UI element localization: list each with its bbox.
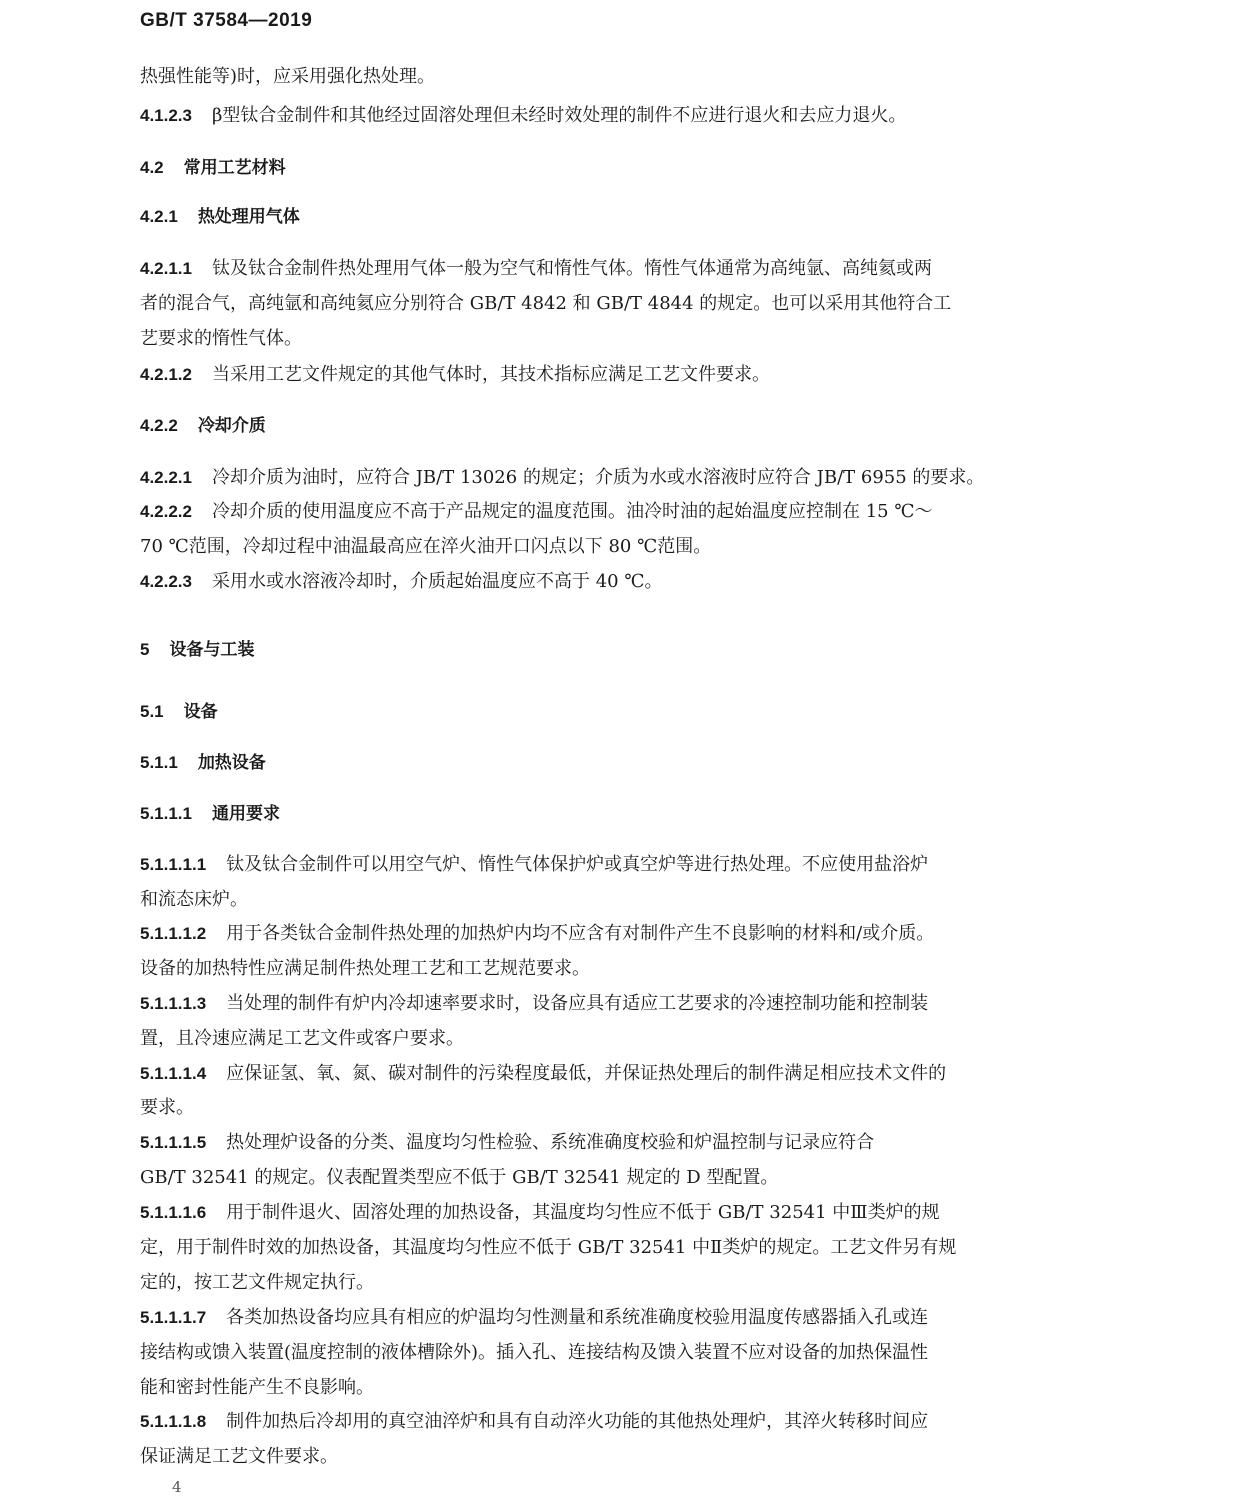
paragraph-line: 4.2.2.2冷却介质的使用温度应不高于产品规定的温度范围。油冷时油的起始温度应… <box>140 500 932 524</box>
page-number: 4 <box>172 1478 182 1496</box>
section-heading: 4.2.2冷却介质 <box>140 414 266 438</box>
clause-number: 5 <box>140 638 149 662</box>
clause-number: 5.1.1.1.6 <box>140 1201 206 1225</box>
paragraph-line: 定，用于制件时效的加热设备，其温度均匀性应不低于 GB/T 32541 中Ⅱ类炉… <box>140 1236 956 1260</box>
section-heading: 4.2.1热处理用气体 <box>140 205 300 229</box>
heading-text: 常用工艺材料 <box>184 158 286 178</box>
clause-text: 钛及钛合金制件热处理用气体一般为空气和惰性气体。惰性气体通常为高纯氩、高纯氦或两 <box>212 258 932 279</box>
clause-text: 各类加热设备均应具有相应的炉温均匀性测量和系统准确度校验用温度传感器插入孔或连 <box>226 1307 928 1328</box>
paragraph-line: 要求。 <box>140 1096 194 1120</box>
heading-text: 冷却介质 <box>198 416 266 436</box>
clause-text: 接结构或馈入装置(温度控制的液体槽除外)。插入孔、连接结构及馈入装置不应对设备的… <box>140 1342 928 1363</box>
clause-number: 4.2 <box>140 156 164 180</box>
paragraph-line: 保证满足工艺文件要求。 <box>140 1445 338 1469</box>
clause-text: 和流态床炉。 <box>140 889 248 910</box>
clause-text: 者的混合气，高纯氩和高纯氦应分别符合 GB/T 4842 和 GB/T 4844… <box>140 293 951 314</box>
paragraph-line: 5.1.1.1.8制件加热后冷却用的真空油淬炉和具有自动淬火功能的其他热处理炉，… <box>140 1410 928 1434</box>
clause-number: 4.2.1.2 <box>140 363 192 387</box>
paragraph-line: 设备的加热特性应满足制件热处理工艺和工艺规范要求。 <box>140 957 590 981</box>
clause-text: GB/T 32541 的规定。仪表配置类型应不低于 GB/T 32541 规定的… <box>140 1167 778 1188</box>
clause-text: 当处理的制件有炉内冷却速率要求时，设备应具有适应工艺要求的冷速控制功能和控制装 <box>226 993 928 1014</box>
clause-text: 当采用工艺文件规定的其他气体时，其技术指标应满足工艺文件要求。 <box>212 364 770 385</box>
paragraph-line: 热强性能等)时，应采用强化热处理。 <box>140 65 435 89</box>
section-heading: 4.2常用工艺材料 <box>140 156 286 180</box>
clause-number: 5.1.1.1.4 <box>140 1062 206 1086</box>
clause-number: 5.1.1.1.5 <box>140 1131 206 1155</box>
clause-text: 采用水或水溶液冷却时，介质起始温度应不高于 40 ℃。 <box>212 571 662 592</box>
clause-number: 5.1.1.1.8 <box>140 1410 206 1434</box>
paragraph-line: 接结构或馈入装置(温度控制的液体槽除外)。插入孔、连接结构及馈入装置不应对设备的… <box>140 1341 928 1365</box>
heading-text: 通用要求 <box>212 804 280 824</box>
clause-text: 钛及钛合金制件可以用空气炉、惰性气体保护炉或真空炉等进行热处理。不应使用盐浴炉 <box>226 854 928 875</box>
clause-number: 5.1.1.1.3 <box>140 992 206 1016</box>
clause-text: 冷却介质为油时，应符合 JB/T 13026 的规定；介质为水或水溶液时应符合 … <box>212 467 984 488</box>
paragraph-line: 5.1.1.1.3当处理的制件有炉内冷却速率要求时，设备应具有适应工艺要求的冷速… <box>140 992 928 1016</box>
paragraph-line: 5.1.1.1.6用于制件退火、固溶处理的加热设备，其温度均匀性应不低于 GB/… <box>140 1201 940 1225</box>
clause-number: 5.1.1.1.7 <box>140 1306 206 1330</box>
paragraph-line: 者的混合气，高纯氩和高纯氦应分别符合 GB/T 4842 和 GB/T 4844… <box>140 292 951 316</box>
paragraph-line: 5.1.1.1.4应保证氢、氧、氮、碳对制件的污染程度最低，并保证热处理后的制件… <box>140 1062 946 1086</box>
paragraph-line: 5.1.1.1.7各类加热设备均应具有相应的炉温均匀性测量和系统准确度校验用温度… <box>140 1306 928 1330</box>
clause-text: 要求。 <box>140 1097 194 1118</box>
clause-text: 设备的加热特性应满足制件热处理工艺和工艺规范要求。 <box>140 958 590 979</box>
clause-number: 4.1.2.3 <box>140 104 192 128</box>
clause-number: 4.2.2.3 <box>140 570 192 594</box>
paragraph-line: 能和密封性能产生不良影响。 <box>140 1376 374 1400</box>
paragraph-line: GB/T 32541 的规定。仪表配置类型应不低于 GB/T 32541 规定的… <box>140 1166 778 1190</box>
clause-number: 5.1.1 <box>140 751 178 775</box>
paragraph-line: 5.1.1.1.5热处理炉设备的分类、温度均匀性检验、系统准确度校验和炉温控制与… <box>140 1131 874 1155</box>
clause-number: 4.2.1 <box>140 205 178 229</box>
clause-text: 用于制件退火、固溶处理的加热设备，其温度均匀性应不低于 GB/T 32541 中… <box>226 1202 939 1223</box>
clause-text: 定的，按工艺文件规定执行。 <box>140 1272 374 1293</box>
clause-number: 4.2.2.2 <box>140 500 192 524</box>
heading-text: 加热设备 <box>198 753 266 773</box>
paragraph-line: 70 ℃范围，冷却过程中油温最高应在淬火油开口闪点以下 80 ℃范围。 <box>140 535 711 559</box>
clause-number: 4.2.1.1 <box>140 257 192 281</box>
clause-number: 4.2.2 <box>140 414 178 438</box>
paragraph-line: 和流态床炉。 <box>140 888 248 912</box>
clause-text: 70 ℃范围，冷却过程中油温最高应在淬火油开口闪点以下 80 ℃范围。 <box>140 536 711 557</box>
standard-number-header: GB/T 37584—2019 <box>140 10 312 32</box>
paragraph-line: 4.2.2.3采用水或水溶液冷却时，介质起始温度应不高于 40 ℃。 <box>140 570 662 594</box>
paragraph-line: 置，且冷速应满足工艺文件或客户要求。 <box>140 1027 464 1051</box>
heading-text: 设备与工装 <box>169 640 254 660</box>
section-heading: 5.1.1加热设备 <box>140 751 266 775</box>
clause-text: 定，用于制件时效的加热设备，其温度均匀性应不低于 GB/T 32541 中Ⅱ类炉… <box>140 1237 956 1258</box>
clause-text: 置，且冷速应满足工艺文件或客户要求。 <box>140 1028 464 1049</box>
paragraph-line: 5.1.1.1.2用于各类钛合金制件热处理的加热炉内均不应含有对制件产生不良影响… <box>140 922 934 946</box>
paragraph-line: 定的，按工艺文件规定执行。 <box>140 1271 374 1295</box>
section-heading: 5.1设备 <box>140 700 218 724</box>
clause-text: 冷却介质的使用温度应不高于产品规定的温度范围。油冷时油的起始温度应控制在 15 … <box>212 501 932 522</box>
clause-number: 4.2.2.1 <box>140 466 192 490</box>
clause-text: 用于各类钛合金制件热处理的加热炉内均不应含有对制件产生不良影响的材料和/或介质。 <box>226 923 934 944</box>
section-heading: 5设备与工装 <box>140 638 254 662</box>
paragraph-line: 4.1.2.3β型钛合金制件和其他经过固溶处理但未经时效处理的制件不应进行退火和… <box>140 104 906 128</box>
clause-number: 5.1 <box>140 700 164 724</box>
clause-text: 能和密封性能产生不良影响。 <box>140 1377 374 1398</box>
clause-number: 5.1.1.1.2 <box>140 922 206 946</box>
clause-number: 5.1.1.1.1 <box>140 853 206 877</box>
clause-number: 5.1.1.1 <box>140 802 192 826</box>
clause-text: 应保证氢、氧、氮、碳对制件的污染程度最低，并保证热处理后的制件满足相应技术文件的 <box>226 1063 946 1084</box>
clause-text: 热强性能等)时，应采用强化热处理。 <box>140 66 435 87</box>
clause-text: 热处理炉设备的分类、温度均匀性检验、系统准确度校验和炉温控制与记录应符合 <box>226 1132 874 1153</box>
paragraph-line: 4.2.1.1钛及钛合金制件热处理用气体一般为空气和惰性气体。惰性气体通常为高纯… <box>140 257 932 281</box>
heading-text: 设备 <box>184 702 218 722</box>
clause-text: 保证满足工艺文件要求。 <box>140 1446 338 1467</box>
clause-text: 制件加热后冷却用的真空油淬炉和具有自动淬火功能的其他热处理炉，其淬火转移时间应 <box>226 1411 928 1432</box>
paragraph-line: 艺要求的惰性气体。 <box>140 327 302 351</box>
paragraph-line: 5.1.1.1.1钛及钛合金制件可以用空气炉、惰性气体保护炉或真空炉等进行热处理… <box>140 853 928 877</box>
section-heading: 5.1.1.1通用要求 <box>140 802 280 826</box>
clause-text: 艺要求的惰性气体。 <box>140 328 302 349</box>
paragraph-line: 4.2.2.1冷却介质为油时，应符合 JB/T 13026 的规定；介质为水或水… <box>140 466 984 490</box>
paragraph-line: 4.2.1.2当采用工艺文件规定的其他气体时，其技术指标应满足工艺文件要求。 <box>140 363 770 387</box>
heading-text: 热处理用气体 <box>198 207 300 227</box>
clause-text: β型钛合金制件和其他经过固溶处理但未经时效处理的制件不应进行退火和去应力退火。 <box>212 105 906 126</box>
